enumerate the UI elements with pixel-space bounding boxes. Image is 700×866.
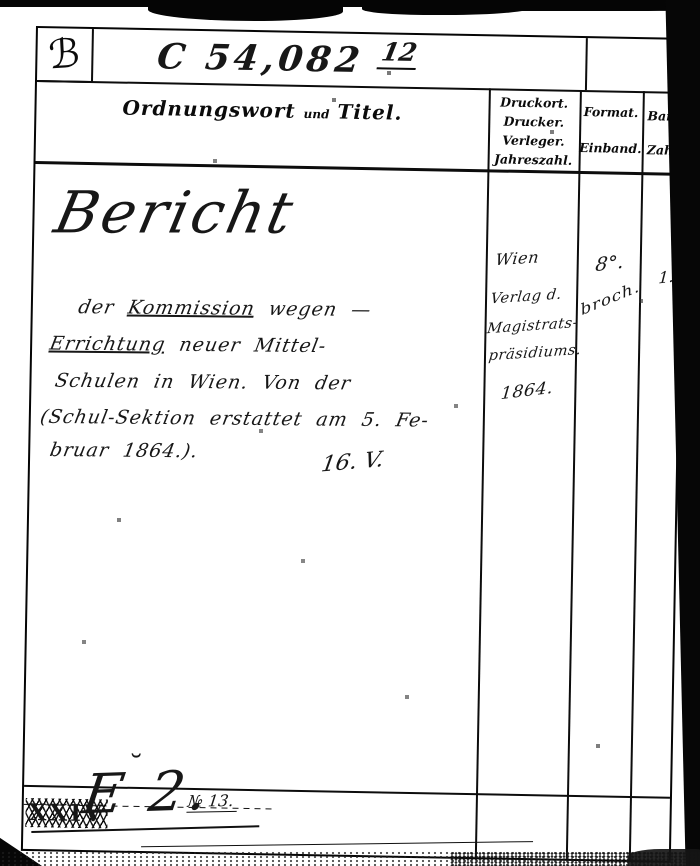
header-imprint-line: Drucker.	[488, 111, 579, 132]
entry-line-1: der Kommission wegen —	[77, 296, 374, 321]
format-binding: broch.	[579, 277, 642, 318]
header-imprint-line: Verleger.	[488, 130, 579, 151]
entry-line-4: (Schul-Sektion erstattet am 5. Fe-	[39, 406, 432, 432]
header-title-word: Ordnungswort	[122, 96, 296, 123]
entry-line-2-underlined: Errichtung	[48, 333, 168, 356]
format-size: 8°.	[594, 251, 624, 276]
entry-line-1-pre: der	[77, 296, 131, 318]
entry-line-2: Errichtung neuer Mittel-	[48, 333, 328, 358]
scan-artifact-bottom-smudge	[628, 849, 700, 866]
grid-vline-imprint-format	[566, 90, 582, 859]
imprint-publisher-line: präsidiums.	[488, 342, 582, 364]
entry-note-mark: 16. V.	[319, 447, 385, 477]
monogram-b: ℬ	[48, 34, 81, 76]
grid-vline-format-volume	[629, 91, 645, 860]
entry-line-2-post: neuer Mittel-	[163, 334, 328, 357]
header-title-column: OrdnungswortundTitel.	[36, 94, 488, 126]
imprint-year: 1864.	[500, 378, 554, 404]
header-title-word2: Titel.	[337, 100, 402, 125]
entry-line-1-underlined: Kommission	[126, 297, 257, 320]
header-imprint-line: Druckort.	[489, 92, 580, 113]
scan-artifact-top-blob	[362, 0, 532, 15]
header-imprint-line: Jahreszahl.	[487, 149, 578, 170]
header-format-line: Einband.	[579, 130, 643, 167]
grid-vline-title-imprint	[475, 88, 491, 857]
entry-heading: Bericht	[49, 179, 302, 247]
imprint-place: Wien	[495, 247, 541, 269]
imprint-publisher-line: Verlag d.	[490, 287, 563, 308]
header-format-column: Format. Einband.	[579, 94, 643, 167]
entry-line-3: Schulen in Wien. Von der	[53, 370, 353, 395]
header-format-line: Format.	[579, 94, 643, 131]
call-number: C 54,082	[155, 36, 366, 81]
scan-noise-dots	[0, 0, 2, 2]
header-imprint-column: Druckort. Drucker. Verleger. Jahreszahl.	[487, 92, 579, 170]
entry-line-1-post: wegen —	[253, 298, 373, 321]
call-number-copy: 12	[376, 37, 421, 70]
monogram-box: ℬ	[37, 28, 94, 83]
header-title-conj: und	[295, 107, 337, 122]
scan-artifact-top-blob	[148, 0, 343, 21]
footer-shelfmark: E 2.	[79, 758, 215, 826]
call-number-row: C 54,082 12	[157, 30, 419, 87]
imprint-publisher-line: Magistrats-	[486, 315, 579, 337]
grid-vline-toprow	[585, 38, 588, 90]
catalog-card: ℬ C 54,082 12 OrdnungswortundTitel. Druc…	[21, 26, 686, 863]
entry-line-5: bruar 1864.).	[48, 439, 200, 462]
